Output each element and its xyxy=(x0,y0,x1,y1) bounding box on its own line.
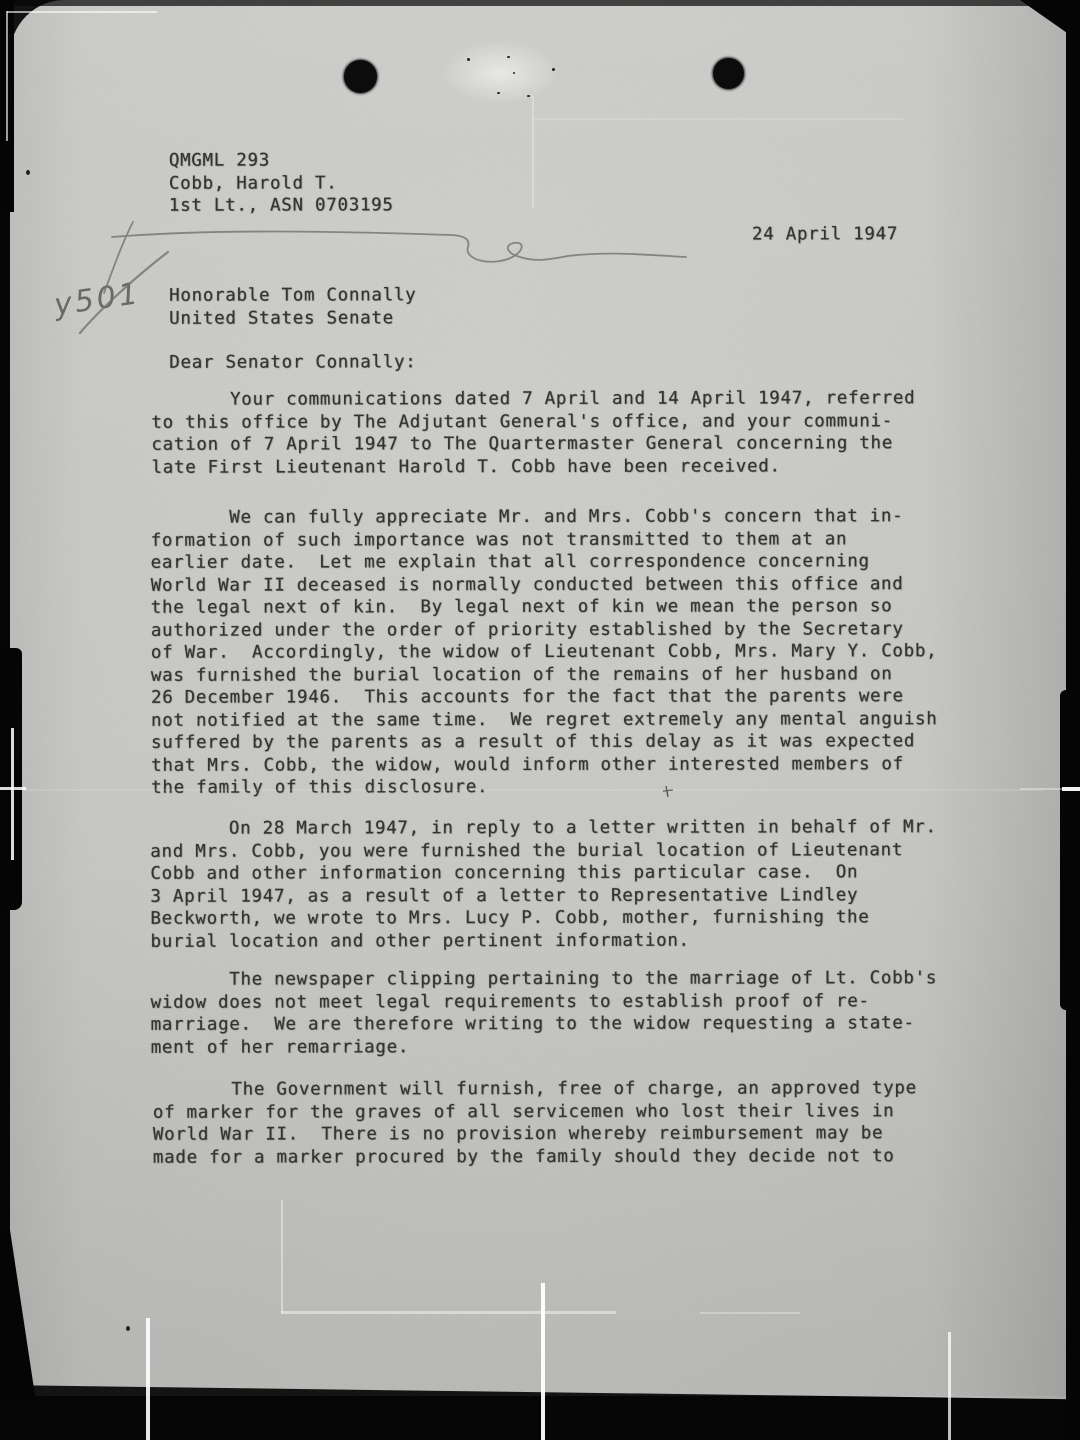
typed-line: The newspaper clipping pertaining to the… xyxy=(151,967,938,991)
punch-hole xyxy=(713,58,744,89)
typed-line: of War. Accordingly, the widow of Lieute… xyxy=(151,640,938,664)
typed-line: marriage. We are therefore writing to th… xyxy=(151,1012,938,1036)
paragraph-3: On 28 March 1947, in reply to a letter w… xyxy=(150,816,937,953)
ink-speck xyxy=(467,58,470,61)
typed-line: Beckworth, we wrote to Mrs. Lucy P. Cobb… xyxy=(150,906,937,930)
typed-line: not notified at the same time. We regret… xyxy=(151,708,938,732)
scanned-letter-page: QMGML 293 Cobb, Harold T. 1st Lt., ASN 0… xyxy=(0,0,1080,1440)
typed-line: cation of 7 April 1947 to The Quartermas… xyxy=(151,432,915,456)
typed-line: United States Senate xyxy=(169,307,416,330)
paragraph-1: Your communications dated 7 April and 14… xyxy=(151,387,915,479)
ink-speck xyxy=(507,56,510,58)
typed-line: suffered by the parents as a result of t… xyxy=(151,730,938,754)
date-line: 24 April 1947 xyxy=(752,223,898,246)
typed-line: 24 April 1947 xyxy=(752,223,898,246)
typed-line: earlier date. Let me explain that all co… xyxy=(151,550,938,574)
typed-line: 1st Lt., ASN 0703195 xyxy=(169,194,394,217)
typed-line: We can fully appreciate Mr. and Mrs. Cob… xyxy=(151,505,938,529)
typed-line: the legal next of kin. By legal next of … xyxy=(151,595,938,619)
typed-line: authorized under the order of priority e… xyxy=(151,618,938,642)
ink-speck xyxy=(552,68,555,71)
ink-speck xyxy=(497,92,500,94)
typed-line: Cobb and other information concerning th… xyxy=(150,861,937,885)
typed-line: Honorable Tom Connally xyxy=(169,284,416,307)
typed-line: ment of her remarriage. xyxy=(151,1035,938,1059)
scan-edge-shadow xyxy=(0,0,1080,6)
typed-line: World War II. There is no provision wher… xyxy=(153,1122,917,1146)
scan-edge-shadow xyxy=(0,0,14,212)
typed-line: late First Lieutenant Harold T. Cobb hav… xyxy=(151,455,915,479)
scan-edge-shadow xyxy=(0,648,22,910)
typed-line: burial location and other pertinent info… xyxy=(150,929,937,953)
typed-line: the family of this disclosure. xyxy=(151,775,938,799)
scan-edge-shadow xyxy=(1060,690,1080,1010)
typed-line: QMGML 293 xyxy=(169,149,394,172)
typed-line: Dear Senator Connally: xyxy=(169,351,416,374)
ink-speck xyxy=(26,170,30,175)
scan-smudge xyxy=(440,40,560,105)
paragraph-4: The newspaper clipping pertaining to the… xyxy=(151,967,938,1059)
typed-line: World War II deceased is normally conduc… xyxy=(151,573,938,597)
typed-line: of marker for the graves of all servicem… xyxy=(153,1100,917,1124)
typed-line: was furnished the burial location of the… xyxy=(151,663,938,687)
punch-hole xyxy=(344,60,377,93)
ink-speck xyxy=(513,72,515,74)
typed-line: formation of such importance was not tra… xyxy=(151,528,938,552)
typed-letter-text: QMGML 293 Cobb, Harold T. 1st Lt., ASN 0… xyxy=(0,0,1080,1440)
typed-line: 3 April 1947, as a result of a letter to… xyxy=(150,884,937,908)
typed-line: that Mrs. Cobb, the widow, would inform … xyxy=(151,753,938,777)
typed-line: 26 December 1946. This accounts for the … xyxy=(151,685,938,709)
reference-block: QMGML 293 Cobb, Harold T. 1st Lt., ASN 0… xyxy=(169,149,394,217)
typed-line: to this office by The Adjutant General's… xyxy=(151,410,915,434)
typed-line: widow does not meet legal requirements t… xyxy=(151,990,938,1014)
paragraph-2: We can fully appreciate Mr. and Mrs. Cob… xyxy=(151,505,938,799)
paragraph-5: The Government will furnish, free of cha… xyxy=(153,1077,917,1169)
typed-line: and Mrs. Cobb, you were furnished the bu… xyxy=(150,839,937,863)
typed-line: On 28 March 1947, in reply to a letter w… xyxy=(150,816,937,840)
typed-line: made for a marker procured by the family… xyxy=(153,1145,917,1169)
typed-line: Cobb, Harold T. xyxy=(169,172,394,195)
recipient-block: Honorable Tom Connally United States Sen… xyxy=(169,284,416,330)
ink-speck xyxy=(126,1326,130,1331)
salutation-line: Dear Senator Connally: xyxy=(169,351,416,374)
typed-line: Your communications dated 7 April and 14… xyxy=(151,387,915,411)
ink-speck xyxy=(527,95,530,97)
typed-line: The Government will furnish, free of cha… xyxy=(153,1077,917,1101)
